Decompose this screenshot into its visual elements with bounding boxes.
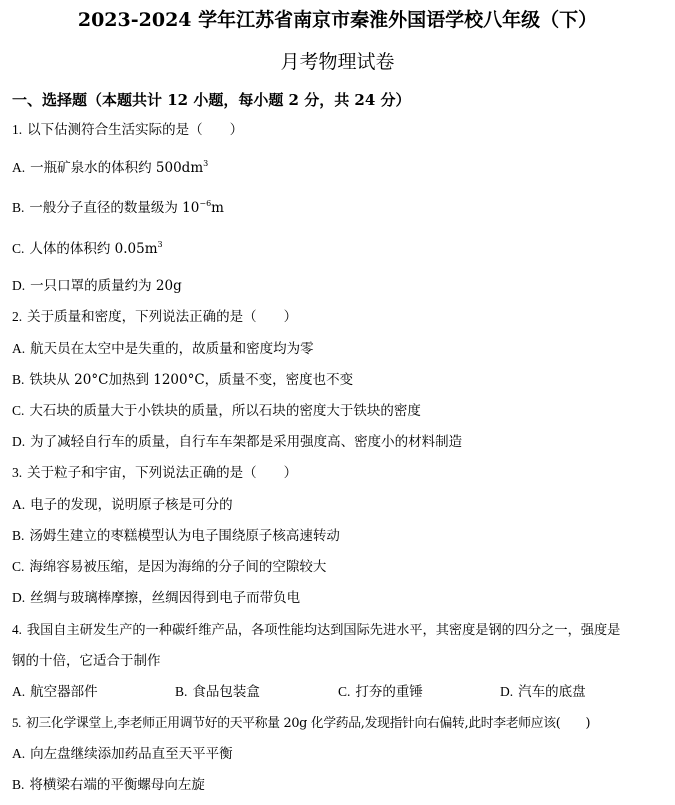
superscript: −6 bbox=[199, 199, 211, 208]
option-label: C. bbox=[12, 241, 24, 256]
question-1-stem: 1.以下估测符合生活实际的是（ ） bbox=[12, 121, 243, 139]
option-label: D. bbox=[12, 434, 25, 449]
question-4-option-d: D.汽车的底盘 bbox=[500, 683, 586, 701]
option-label: C. bbox=[338, 684, 350, 699]
question-1-option-d: D.一只口罩的质量约为 20g bbox=[12, 277, 182, 295]
option-text: 大石块的质量大于小铁块的质量，所以石块的密度大于铁块的密度 bbox=[29, 403, 421, 419]
question-text: 以下估测符合生活实际的是（ ） bbox=[27, 122, 243, 138]
option-text: 打夯的重锤 bbox=[355, 684, 423, 700]
question-2-option-a: A.航天员在太空中是失重的，故质量和密度均为零 bbox=[12, 340, 314, 358]
option-label: A. bbox=[12, 746, 25, 761]
question-5-option-b: B.将横梁右端的平衡螺母向左旋 bbox=[12, 776, 205, 794]
option-label: B. bbox=[12, 777, 24, 792]
question-1-option-c: C.人体的体积约 0.05m3 bbox=[12, 240, 163, 258]
option-label: A. bbox=[12, 497, 25, 512]
question-number: 4. bbox=[12, 622, 22, 637]
question-2-stem: 2.关于质量和密度，下列说法正确的是（ ） bbox=[12, 308, 297, 326]
option-text: 航空器部件 bbox=[30, 684, 98, 700]
question-4-option-a: A.航空器部件 bbox=[12, 683, 98, 701]
question-number: 5. bbox=[12, 716, 21, 730]
question-3-option-d: D.丝绸与玻璃棒摩擦，丝绸因得到电子而带负电 bbox=[12, 589, 300, 607]
question-text: 初三化学课堂上,李老师正用调节好的天平称量 20g 化学药品,发现指针向右偏转,… bbox=[26, 716, 590, 731]
option-label: C. bbox=[12, 403, 24, 418]
option-text: 丝绸与玻璃棒摩擦，丝绸因得到电子而带负电 bbox=[30, 590, 300, 606]
question-5-stem: 5.初三化学课堂上,李老师正用调节好的天平称量 20g 化学药品,发现指针向右偏… bbox=[12, 714, 590, 733]
option-label: D. bbox=[12, 278, 25, 293]
option-text: 电子的发现，说明原子核是可分的 bbox=[30, 497, 233, 513]
superscript: 3 bbox=[158, 240, 163, 249]
question-1-option-b: B.一般分子直径的数量级为 10−6m bbox=[12, 199, 224, 217]
option-text: 将横梁右端的平衡螺母向左旋 bbox=[29, 777, 205, 793]
question-4-option-c: C.打夯的重锤 bbox=[338, 683, 423, 701]
question-number: 1. bbox=[12, 122, 22, 137]
question-number: 2. bbox=[12, 309, 22, 324]
question-4-stem-line-1: 4.我国自主研发生产的一种碳纤维产品，各项性能均达到国际先进水平，其密度是钢的四… bbox=[12, 621, 620, 640]
option-label: A. bbox=[12, 341, 25, 356]
option-text: 一般分子直径的数量级为 10 bbox=[29, 200, 199, 216]
question-3-option-c: C.海绵容易被压缩，是因为海绵的分子间的空隙较大 bbox=[12, 558, 326, 576]
question-number: 3. bbox=[12, 465, 22, 480]
question-2-option-d: D.为了减轻自行车的质量，自行车车架都是采用强度高、密度小的材料制造 bbox=[12, 433, 462, 451]
option-text: 海绵容易被压缩，是因为海绵的分子间的空隙较大 bbox=[29, 559, 326, 575]
document-subtitle: 月考物理试卷 bbox=[0, 50, 675, 74]
question-2-option-c: C.大石块的质量大于小铁块的质量，所以石块的密度大于铁块的密度 bbox=[12, 402, 421, 420]
option-unit: m bbox=[211, 200, 224, 216]
superscript: 3 bbox=[203, 159, 208, 168]
option-text: 人体的体积约 0.05m bbox=[29, 241, 157, 257]
option-text: 一瓶矿泉水的体积约 500dm bbox=[30, 160, 203, 176]
question-text: 关于质量和密度，下列说法正确的是（ ） bbox=[27, 309, 297, 325]
question-4-option-b: B.食品包装盒 bbox=[175, 683, 260, 701]
question-text: 我国自主研发生产的一种碳纤维产品，各项性能均达到国际先进水平，其密度是钢的四分之… bbox=[27, 623, 620, 638]
option-label: D. bbox=[12, 590, 25, 605]
question-3-stem: 3.关于粒子和宇宙，下列说法正确的是（ ） bbox=[12, 464, 297, 482]
option-label: D. bbox=[500, 684, 513, 699]
option-text: 汤姆生建立的枣糕模型认为电子围绕原子核高速转动 bbox=[29, 528, 340, 544]
option-label: C. bbox=[12, 559, 24, 574]
option-label: B. bbox=[12, 200, 24, 215]
section-heading: 一、选择题（本题共计 12 小题，每小题 2 分，共 24 分） bbox=[12, 90, 411, 110]
option-label: A. bbox=[12, 684, 25, 699]
option-text: 一只口罩的质量约为 20g bbox=[30, 278, 182, 294]
question-1-option-a: A.一瓶矿泉水的体积约 500dm3 bbox=[12, 159, 208, 177]
option-label: A. bbox=[12, 160, 25, 175]
option-text: 航天员在太空中是失重的，故质量和密度均为零 bbox=[30, 341, 314, 357]
option-text: 汽车的底盘 bbox=[518, 684, 586, 700]
question-4-stem-line-2: 钢的十倍，它适合于制作 bbox=[12, 652, 161, 670]
option-text: 食品包装盒 bbox=[192, 684, 260, 700]
option-text: 向左盘继续添加药品直至天平平衡 bbox=[30, 746, 233, 762]
question-5-option-a: A.向左盘继续添加药品直至天平平衡 bbox=[12, 745, 233, 763]
question-3-option-b: B.汤姆生建立的枣糕模型认为电子围绕原子核高速转动 bbox=[12, 527, 340, 545]
option-text: 铁块从 20°C加热到 1200°C，质量不变，密度也不变 bbox=[29, 372, 353, 388]
option-label: B. bbox=[12, 528, 24, 543]
document-title: 2023-2024 学年江苏省南京市秦淮外国语学校八年级（下） bbox=[0, 8, 675, 32]
option-label: B. bbox=[12, 372, 24, 387]
option-label: B. bbox=[175, 684, 187, 699]
question-text: 关于粒子和宇宙，下列说法正确的是（ ） bbox=[27, 465, 297, 481]
question-2-option-b: B.铁块从 20°C加热到 1200°C，质量不变，密度也不变 bbox=[12, 371, 353, 389]
option-text: 为了减轻自行车的质量，自行车车架都是采用强度高、密度小的材料制造 bbox=[30, 434, 462, 450]
question-3-option-a: A.电子的发现，说明原子核是可分的 bbox=[12, 496, 233, 514]
